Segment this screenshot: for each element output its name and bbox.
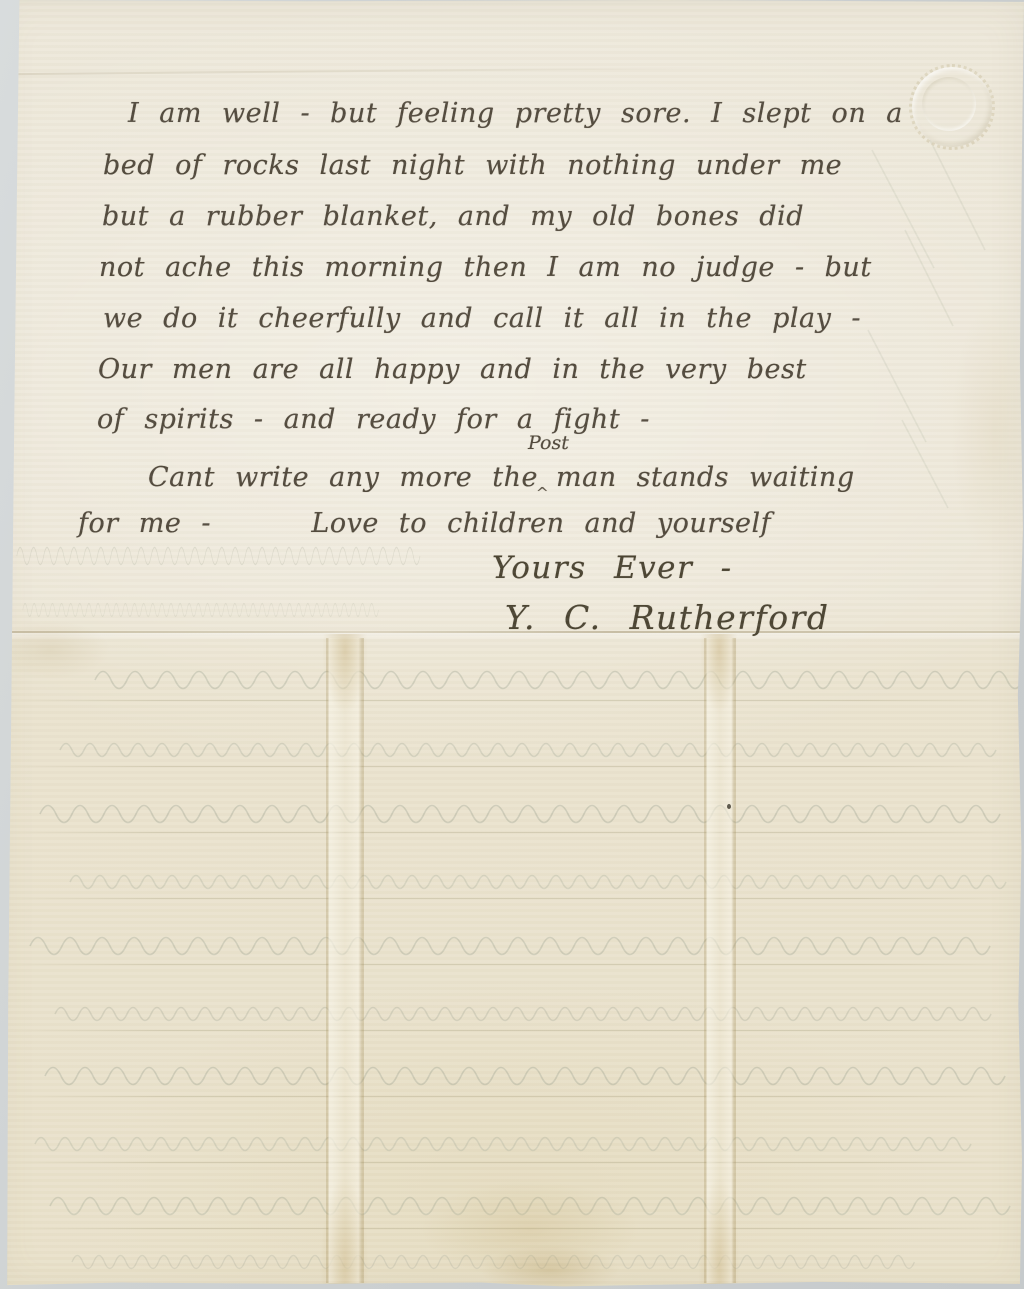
paper-stain <box>480 1245 620 1289</box>
ruled-line <box>12 1096 1008 1097</box>
letter-line-2: bed of rocks last night with nothing und… <box>103 150 842 181</box>
ruled-line <box>12 1030 1008 1031</box>
ruled-line <box>12 1162 1008 1163</box>
ruled-line <box>12 832 1008 833</box>
paper-stain <box>0 620 110 680</box>
line8-before: Cant write any more the <box>148 462 538 493</box>
vertical-fold-crease-right <box>704 638 736 1283</box>
letter-line-1: I am well - but feeling pretty sore. I s… <box>128 98 903 129</box>
ruled-line <box>12 700 1008 701</box>
line8-after: man stands waiting <box>556 462 855 493</box>
scan-background: I am well - but feeling pretty sore. I s… <box>0 0 1024 1289</box>
caret-mark: ^ <box>536 484 549 502</box>
letter-paper: I am well - but feeling pretty sore. I s… <box>0 0 1024 1289</box>
paper-stain <box>950 300 1024 560</box>
embossed-seal <box>909 64 995 150</box>
letter-line-5: we do it cheerfully and call it all in t… <box>103 303 861 334</box>
ruled-line <box>12 898 1008 899</box>
ruled-line <box>12 1228 1008 1229</box>
inserted-word: Post <box>528 432 569 454</box>
signature: Y. C. Rutherford <box>505 598 829 637</box>
letter-line-9: for me - Love to children and yourself <box>78 508 771 539</box>
top-crease <box>0 67 740 75</box>
vertical-fold-crease-left <box>326 638 364 1283</box>
ink-dot <box>727 804 731 809</box>
letter-line-8: Cant write any more thePost^man stands w… <box>148 462 855 493</box>
paper-stain <box>420 1180 640 1280</box>
ruled-line <box>12 766 1008 767</box>
letter-line-3: but a rubber blanket, and my old bones d… <box>102 201 804 232</box>
letter-line-6: Our men are all happy and in the very be… <box>98 354 807 385</box>
ruled-line <box>12 964 1008 965</box>
closing-line: Yours Ever - <box>492 550 733 586</box>
letter-line-4: not ache this morning then I am no judge… <box>99 252 872 283</box>
insertion-mark: Post^ <box>538 476 556 486</box>
letter-line-7: of spirits - and ready for a fight - <box>97 404 650 435</box>
